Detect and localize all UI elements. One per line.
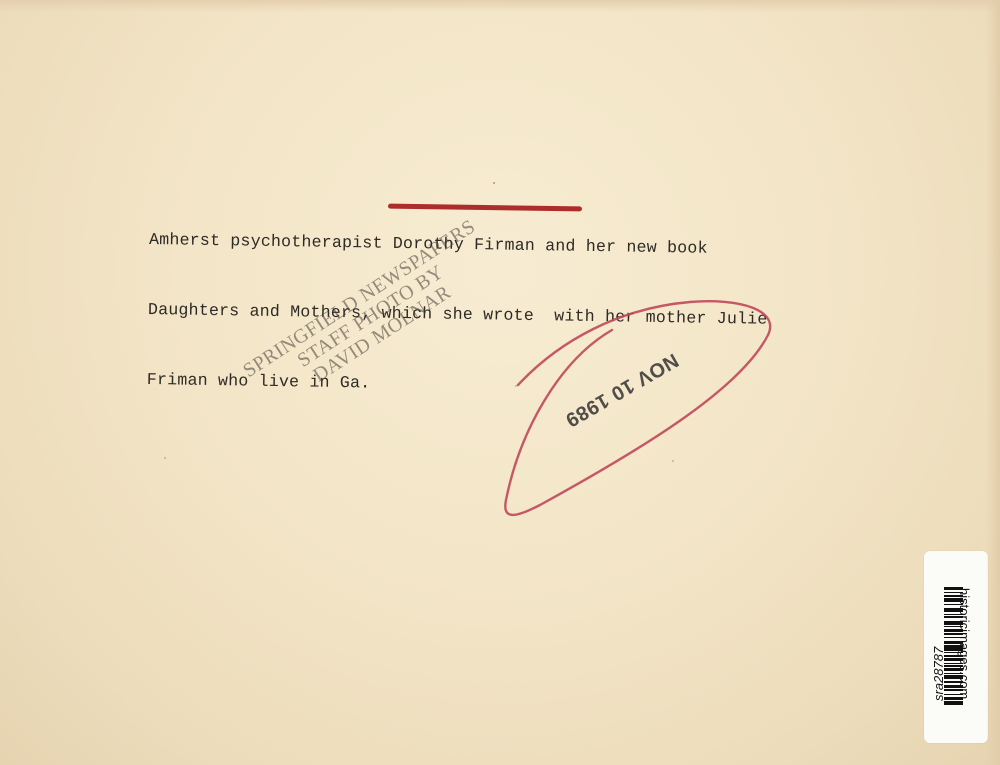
archive-barcode-sticker: historicimages.com sra28787 [924,551,988,743]
caption-line-2: Daughters and Mothers, which she wrote w… [148,298,768,331]
speck [164,457,166,459]
barcode-icon [944,587,963,723]
speck [672,460,674,462]
speck [515,385,517,387]
photo-back-paper: Amherst psychotherapist Dorothy Firman a… [0,0,1000,765]
speck [493,182,495,184]
sticker-item-code: sra28787 [931,647,946,701]
